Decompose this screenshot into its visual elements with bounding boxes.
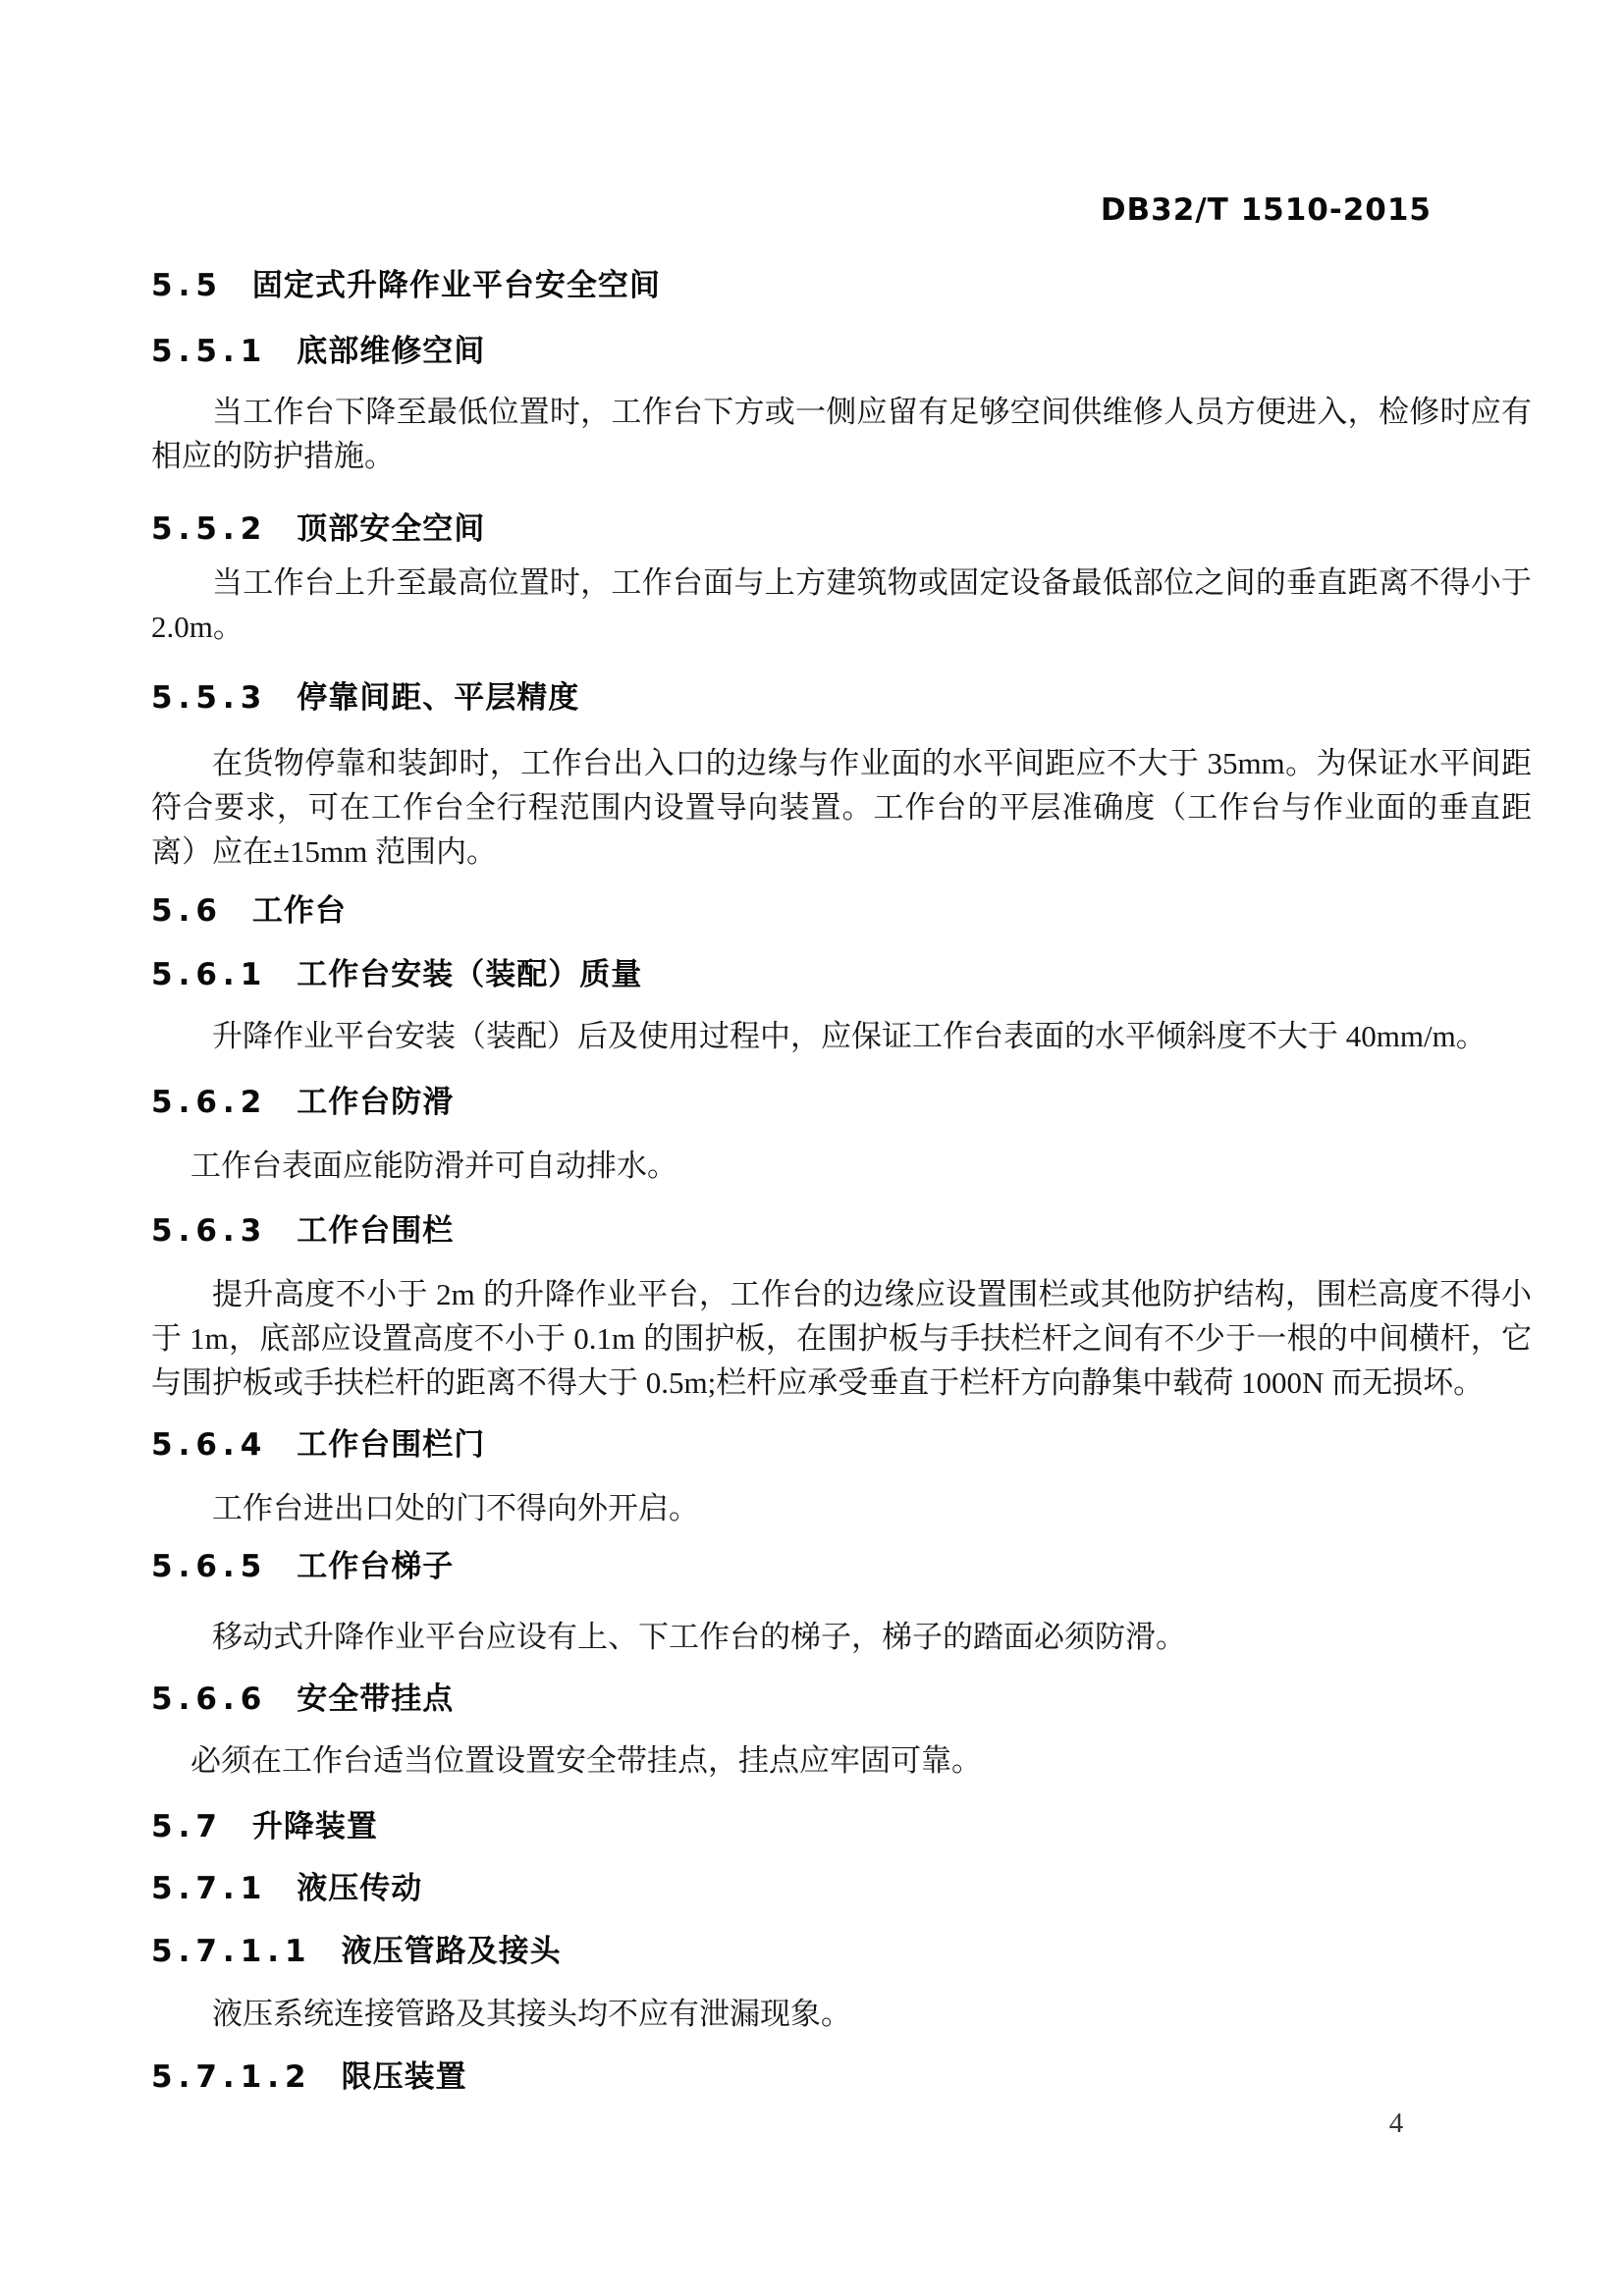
section-heading-5-7-1-2: 5.7.1.2限压装置 (151, 2056, 1532, 2098)
section-heading-5-5-3: 5.5.3停靠间距、平层精度 (151, 677, 1532, 719)
section-number: 5.7.1.2 (151, 2059, 312, 2095)
section-number: 5.5.1 (151, 334, 267, 369)
section-number: 5.6.2 (151, 1085, 267, 1120)
section-heading-5-6-5: 5.6.5工作台梯子 (151, 1546, 1532, 1587)
section-title: 限压装置 (342, 2059, 467, 2095)
paragraph-5-6-2: 工作台表面应能防滑并可自动排水。 (151, 1144, 1532, 1188)
section-heading-5-5-1: 5.5.1底部维修空间 (151, 331, 1532, 372)
section-title: 工作台防滑 (297, 1085, 454, 1120)
section-title: 液压传动 (297, 1871, 422, 1906)
section-heading-5-5: 5.5固定式升降作业平台安全空间 (151, 265, 1532, 306)
section-number: 5.6.4 (151, 1427, 267, 1463)
section-number: 5.6.5 (151, 1549, 267, 1584)
document-page: DB32/T 1510-2015 5.5固定式升降作业平台安全空间 5.5.1底… (0, 0, 1624, 2296)
section-heading-5-6-2: 5.6.2工作台防滑 (151, 1082, 1532, 1123)
section-number: 5.6.6 (151, 1682, 267, 1717)
section-title: 停靠间距、平层精度 (297, 680, 579, 716)
paragraph-5-6-4: 工作台进出口处的门不得向外开启。 (151, 1486, 1532, 1530)
section-number: 5.7 (151, 1809, 223, 1844)
section-number: 5.5.2 (151, 511, 267, 547)
section-title: 工作台围栏 (297, 1213, 454, 1249)
section-heading-5-7: 5.7升降装置 (151, 1806, 1532, 1847)
section-heading-5-6-6: 5.6.6安全带挂点 (151, 1679, 1532, 1720)
paragraph-5-6-3: 提升高度不小于 2m 的升降作业平台，工作台的边缘应设置围栏或其他防护结构，围栏… (151, 1272, 1532, 1405)
section-title: 安全带挂点 (297, 1682, 454, 1717)
section-number: 5.7.1 (151, 1871, 267, 1906)
section-number: 5.5.3 (151, 680, 267, 716)
section-heading-5-7-1: 5.7.1液压传动 (151, 1868, 1532, 1909)
section-title: 工作台 (252, 893, 347, 929)
paragraph-5-6-1: 升降作业平台安装（装配）后及使用过程中，应保证工作台表面的水平倾斜度不大于 40… (151, 1014, 1532, 1058)
section-title: 工作台围栏门 (297, 1427, 485, 1463)
section-heading-5-6: 5.6工作台 (151, 890, 1532, 932)
section-heading-5-6-4: 5.6.4工作台围栏门 (151, 1424, 1532, 1466)
section-number: 5.7.1.1 (151, 1934, 312, 1969)
section-heading-5-5-2: 5.5.2顶部安全空间 (151, 508, 1532, 550)
paragraph-5-6-6: 必须在工作台适当位置设置安全带挂点，挂点应牢固可靠。 (151, 1738, 1532, 1783)
paragraph-5-5-1: 当工作台下降至最低位置时，工作台下方或一侧应留有足够空间供维修人员方便进入，检修… (151, 390, 1532, 478)
paragraph-5-7-1-1: 液压系统连接管路及其接头均不应有泄漏现象。 (151, 1992, 1532, 2036)
section-number: 5.6.1 (151, 957, 267, 992)
section-title: 顶部安全空间 (297, 511, 485, 547)
section-title: 升降装置 (252, 1809, 378, 1844)
page-number: 4 (1373, 2107, 1420, 2140)
section-number: 5.5 (151, 268, 223, 303)
paragraph-5-5-2: 当工作台上升至最高位置时，工作台面与上方建筑物或固定设备最低部位之间的垂直距离不… (151, 561, 1532, 649)
section-heading-5-7-1-1: 5.7.1.1液压管路及接头 (151, 1931, 1532, 1972)
section-number: 5.6.3 (151, 1213, 267, 1249)
paragraph-5-5-3: 在货物停靠和装卸时，工作台出入口的边缘与作业面的水平间距应不大于 35mm。为保… (151, 741, 1532, 874)
section-title: 底部维修空间 (297, 334, 485, 369)
section-title: 工作台梯子 (297, 1549, 454, 1584)
section-title: 液压管路及接头 (342, 1934, 562, 1969)
section-title: 工作台安装（装配）质量 (297, 957, 642, 992)
section-number: 5.6 (151, 893, 223, 929)
document-body: 5.5固定式升降作业平台安全空间 5.5.1底部维修空间 当工作台下降至最低位置… (151, 0, 1532, 2098)
section-heading-5-6-1: 5.6.1工作台安装（装配）质量 (151, 954, 1532, 995)
paragraph-5-6-5: 移动式升降作业平台应设有上、下工作台的梯子，梯子的踏面必须防滑。 (151, 1615, 1532, 1659)
section-heading-5-6-3: 5.6.3工作台围栏 (151, 1210, 1532, 1252)
section-title: 固定式升降作业平台安全空间 (252, 268, 661, 303)
